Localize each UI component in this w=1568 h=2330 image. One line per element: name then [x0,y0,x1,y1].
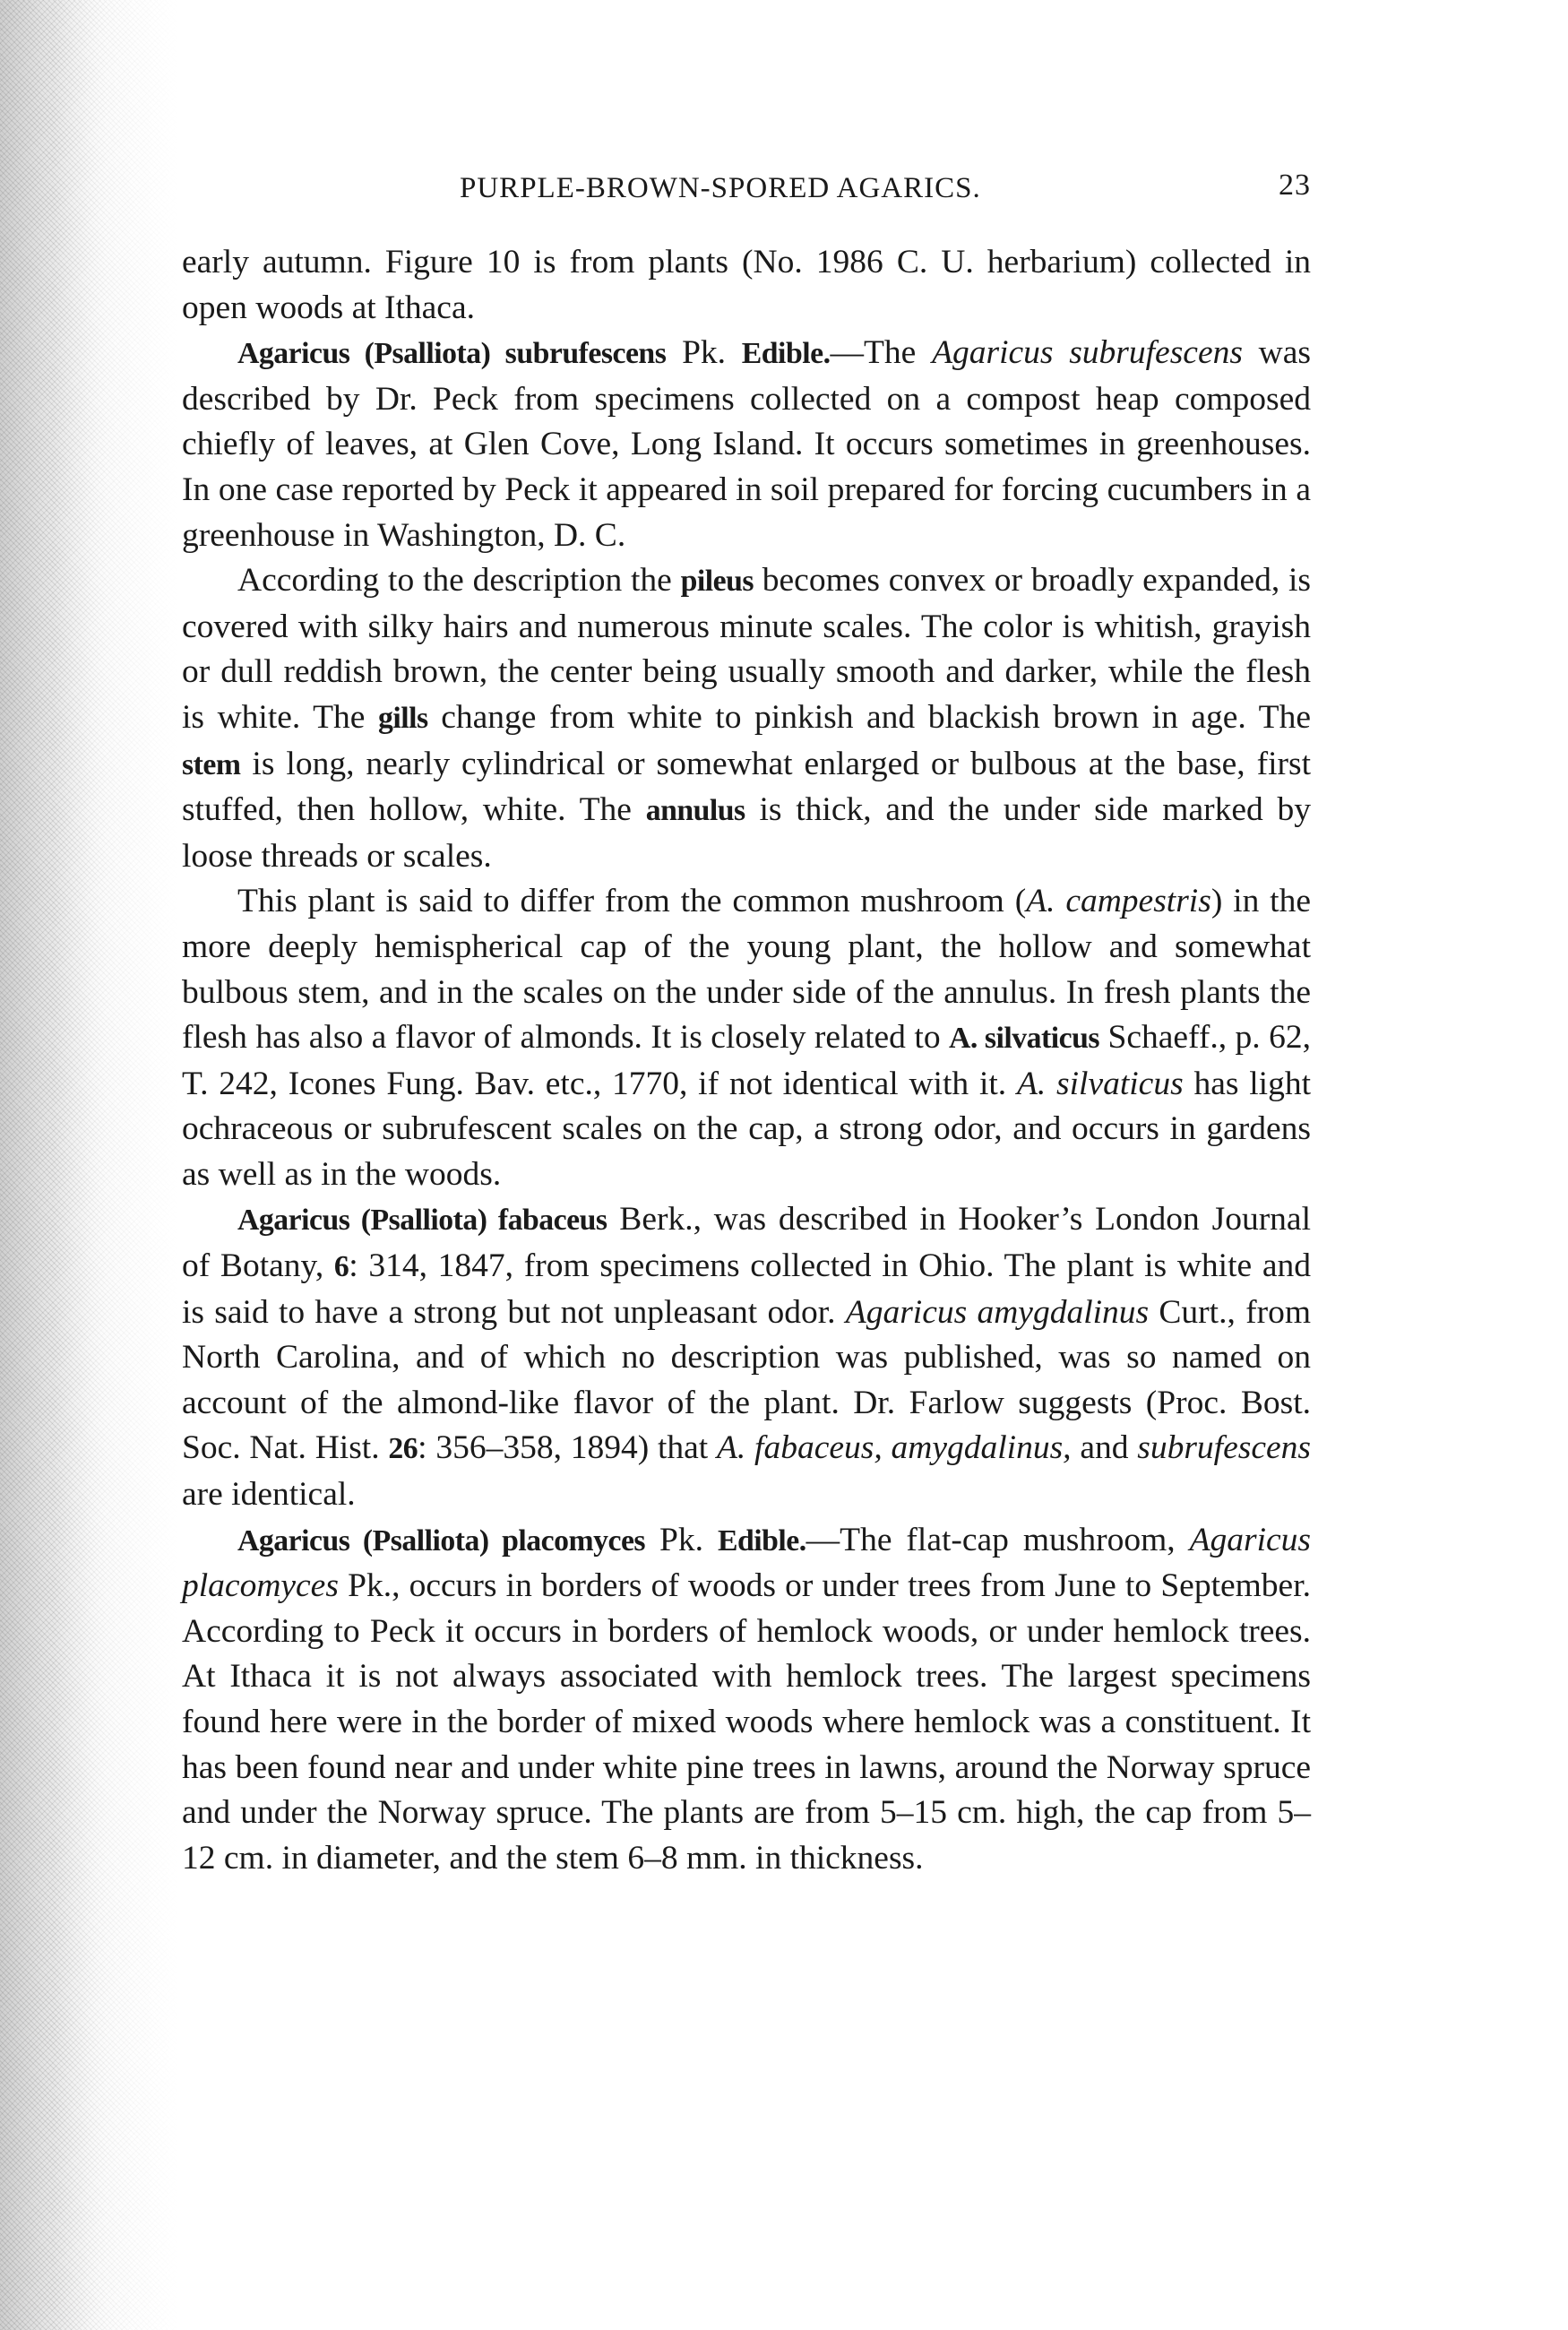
text-run: —The [831,334,933,371]
italic-term: A. silvaticus [1017,1066,1184,1102]
italic-term: subrufescens [1137,1429,1311,1466]
text-run: are identical. [182,1476,356,1513]
text-run: Pk. [666,334,741,371]
text-run: Pk., occurs in borders of woods or under… [182,1567,1311,1877]
paragraph-subrufescens: Agaricus (Psalliota) subrufescens Pk. Ed… [182,331,1311,558]
bold-term: A. silvaticus [949,1022,1099,1055]
paragraph-description: According to the description the pileus … [182,558,1311,879]
text-run: and [1072,1429,1138,1466]
paragraph: early autumn. Figure 10 is from plants (… [182,240,1311,331]
paragraph-comparison: This plant is said to differ from the co… [182,879,1311,1197]
bold-term: annulus [646,794,745,827]
scanned-page-edge [0,0,179,2330]
text-run: —The flat-cap mushroom, [806,1522,1190,1558]
bold-term: Agaricus (Psalliota) fabaceus [237,1204,607,1237]
bold-term: 26 [388,1432,418,1465]
text-run: early autumn. Figure 10 is from plants (… [182,244,1311,326]
bold-term: Agaricus (Psalliota) subrufescens [237,337,666,370]
bold-term: Agaricus (Psalliota) placomyces [237,1524,645,1558]
text-run: : 356–358, 1894) that [418,1429,717,1466]
book-page: PURPLE-BROWN-SPORED AGARICS. 23 early au… [182,161,1311,1881]
italic-term: Agaricus subrufescens [932,334,1243,371]
bold-term: gills [378,702,428,735]
body-text: early autumn. Figure 10 is from plants (… [182,240,1311,1881]
paragraph-fabaceus: Agaricus (Psalliota) fabaceus Berk., was… [182,1197,1311,1517]
page-number: 23 [1279,168,1311,203]
text-run: According to the description the [237,562,681,599]
text-run: Pk. [645,1522,718,1558]
bold-term: stem [182,748,240,781]
running-head-title: PURPLE-BROWN-SPORED AGARICS. [460,172,981,205]
italic-term: A. campestris [1026,883,1211,919]
bold-term: pileus [681,565,754,598]
italic-term: A. fabaceus, amygdalinus, [717,1429,1072,1466]
text-run: change from white to pinkish and blackis… [428,699,1311,736]
italic-term: Agaricus amygdalinus [846,1294,1149,1331]
text-run: This plant is said to differ from the co… [237,883,1026,919]
bold-term: Edible. [742,337,831,370]
paragraph-placomyces: Agaricus (Psalliota) placomyces Pk. Edib… [182,1518,1311,1882]
bold-term: Edible. [718,1524,806,1558]
bold-term: 6 [334,1250,349,1283]
running-head: PURPLE-BROWN-SPORED AGARICS. 23 [182,161,1311,215]
